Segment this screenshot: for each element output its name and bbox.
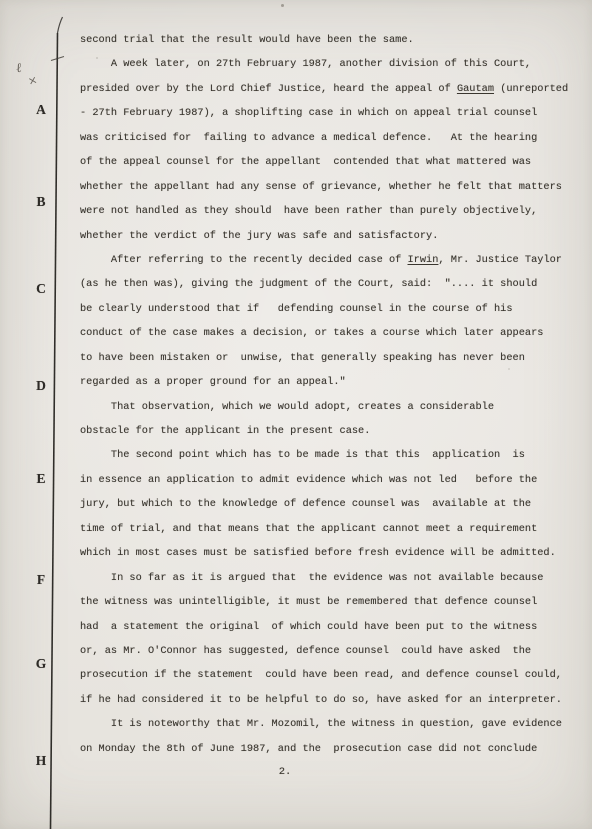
- underlined-case-name: Gautam: [457, 83, 494, 95]
- text-line: whether the appellant had any sense of g…: [80, 175, 568, 199]
- text-line: to have been mistaken or unwise, that ge…: [80, 346, 568, 370]
- margin-letter-D: D: [32, 378, 50, 394]
- text-line: the witness was unintelligible, it must …: [80, 590, 568, 614]
- text-line: It is noteworthy that Mr. Mozomil, the w…: [80, 712, 568, 736]
- margin-letter-B: B: [32, 194, 50, 210]
- text-line: was criticised for failing to advance a …: [80, 126, 568, 150]
- text-line: whether the verdict of the jury was safe…: [80, 224, 568, 248]
- text-line: In so far as it is argued that the evide…: [80, 566, 568, 590]
- text-line: The second point which has to be made is…: [80, 443, 568, 467]
- margin-letter-A: A: [32, 102, 50, 118]
- scanned-document-page: ABCDEFGH ℓ× second trial that the result…: [0, 0, 592, 829]
- margin-letter-E: E: [32, 471, 50, 487]
- text-line: which in most cases must be satisfied be…: [80, 541, 568, 565]
- margin-vertical-line: [0, 0, 80, 829]
- underlined-case-name: Irwin: [408, 254, 439, 266]
- scan-speck: [281, 4, 284, 7]
- text-line: obstacle for the applicant in the presen…: [80, 419, 568, 443]
- scan-speck: [508, 368, 510, 370]
- typewritten-text-block: second trial that the result would have …: [80, 28, 568, 761]
- text-line: prosecution if the statement could have …: [80, 663, 568, 687]
- text-line: second trial that the result would have …: [80, 28, 568, 52]
- text-line: (as he then was), giving the judgment of…: [80, 272, 568, 296]
- text-line: time of trial, and that means that the a…: [80, 517, 568, 541]
- scan-speck: [96, 57, 98, 59]
- text-line: jury, but which to the knowledge of defe…: [80, 492, 568, 516]
- margin-letter-H: H: [32, 753, 50, 769]
- text-line: - 27th February 1987), a shoplifting cas…: [80, 101, 568, 125]
- text-line: After referring to the recently decided …: [80, 248, 568, 272]
- margin-letter-F: F: [32, 572, 50, 588]
- margin-letter-C: C: [32, 281, 50, 297]
- page-number: 2.: [268, 766, 302, 778]
- text-line: had a statement the original of which co…: [80, 615, 568, 639]
- text-line: if he had considered it to be helpful to…: [80, 688, 568, 712]
- margin-letter-G: G: [32, 656, 50, 672]
- text-line: were not handled as they should have bee…: [80, 199, 568, 223]
- text-line: presided over by the Lord Chief Justice,…: [80, 77, 568, 101]
- text-line: of the appeal counsel for the appellant …: [80, 150, 568, 174]
- text-line: That observation, which we would adopt, …: [80, 395, 568, 419]
- text-line: conduct of the case makes a decision, or…: [80, 321, 568, 345]
- text-line: on Monday the 8th of June 1987, and the …: [80, 737, 568, 761]
- text-line: in essence an application to admit evide…: [80, 468, 568, 492]
- text-line: be clearly understood that if defending …: [80, 297, 568, 321]
- text-line: A week later, on 27th February 1987, ano…: [80, 52, 568, 76]
- text-line: regarded as a proper ground for an appea…: [80, 370, 568, 394]
- text-line: or, as Mr. O'Connor has suggested, defen…: [80, 639, 568, 663]
